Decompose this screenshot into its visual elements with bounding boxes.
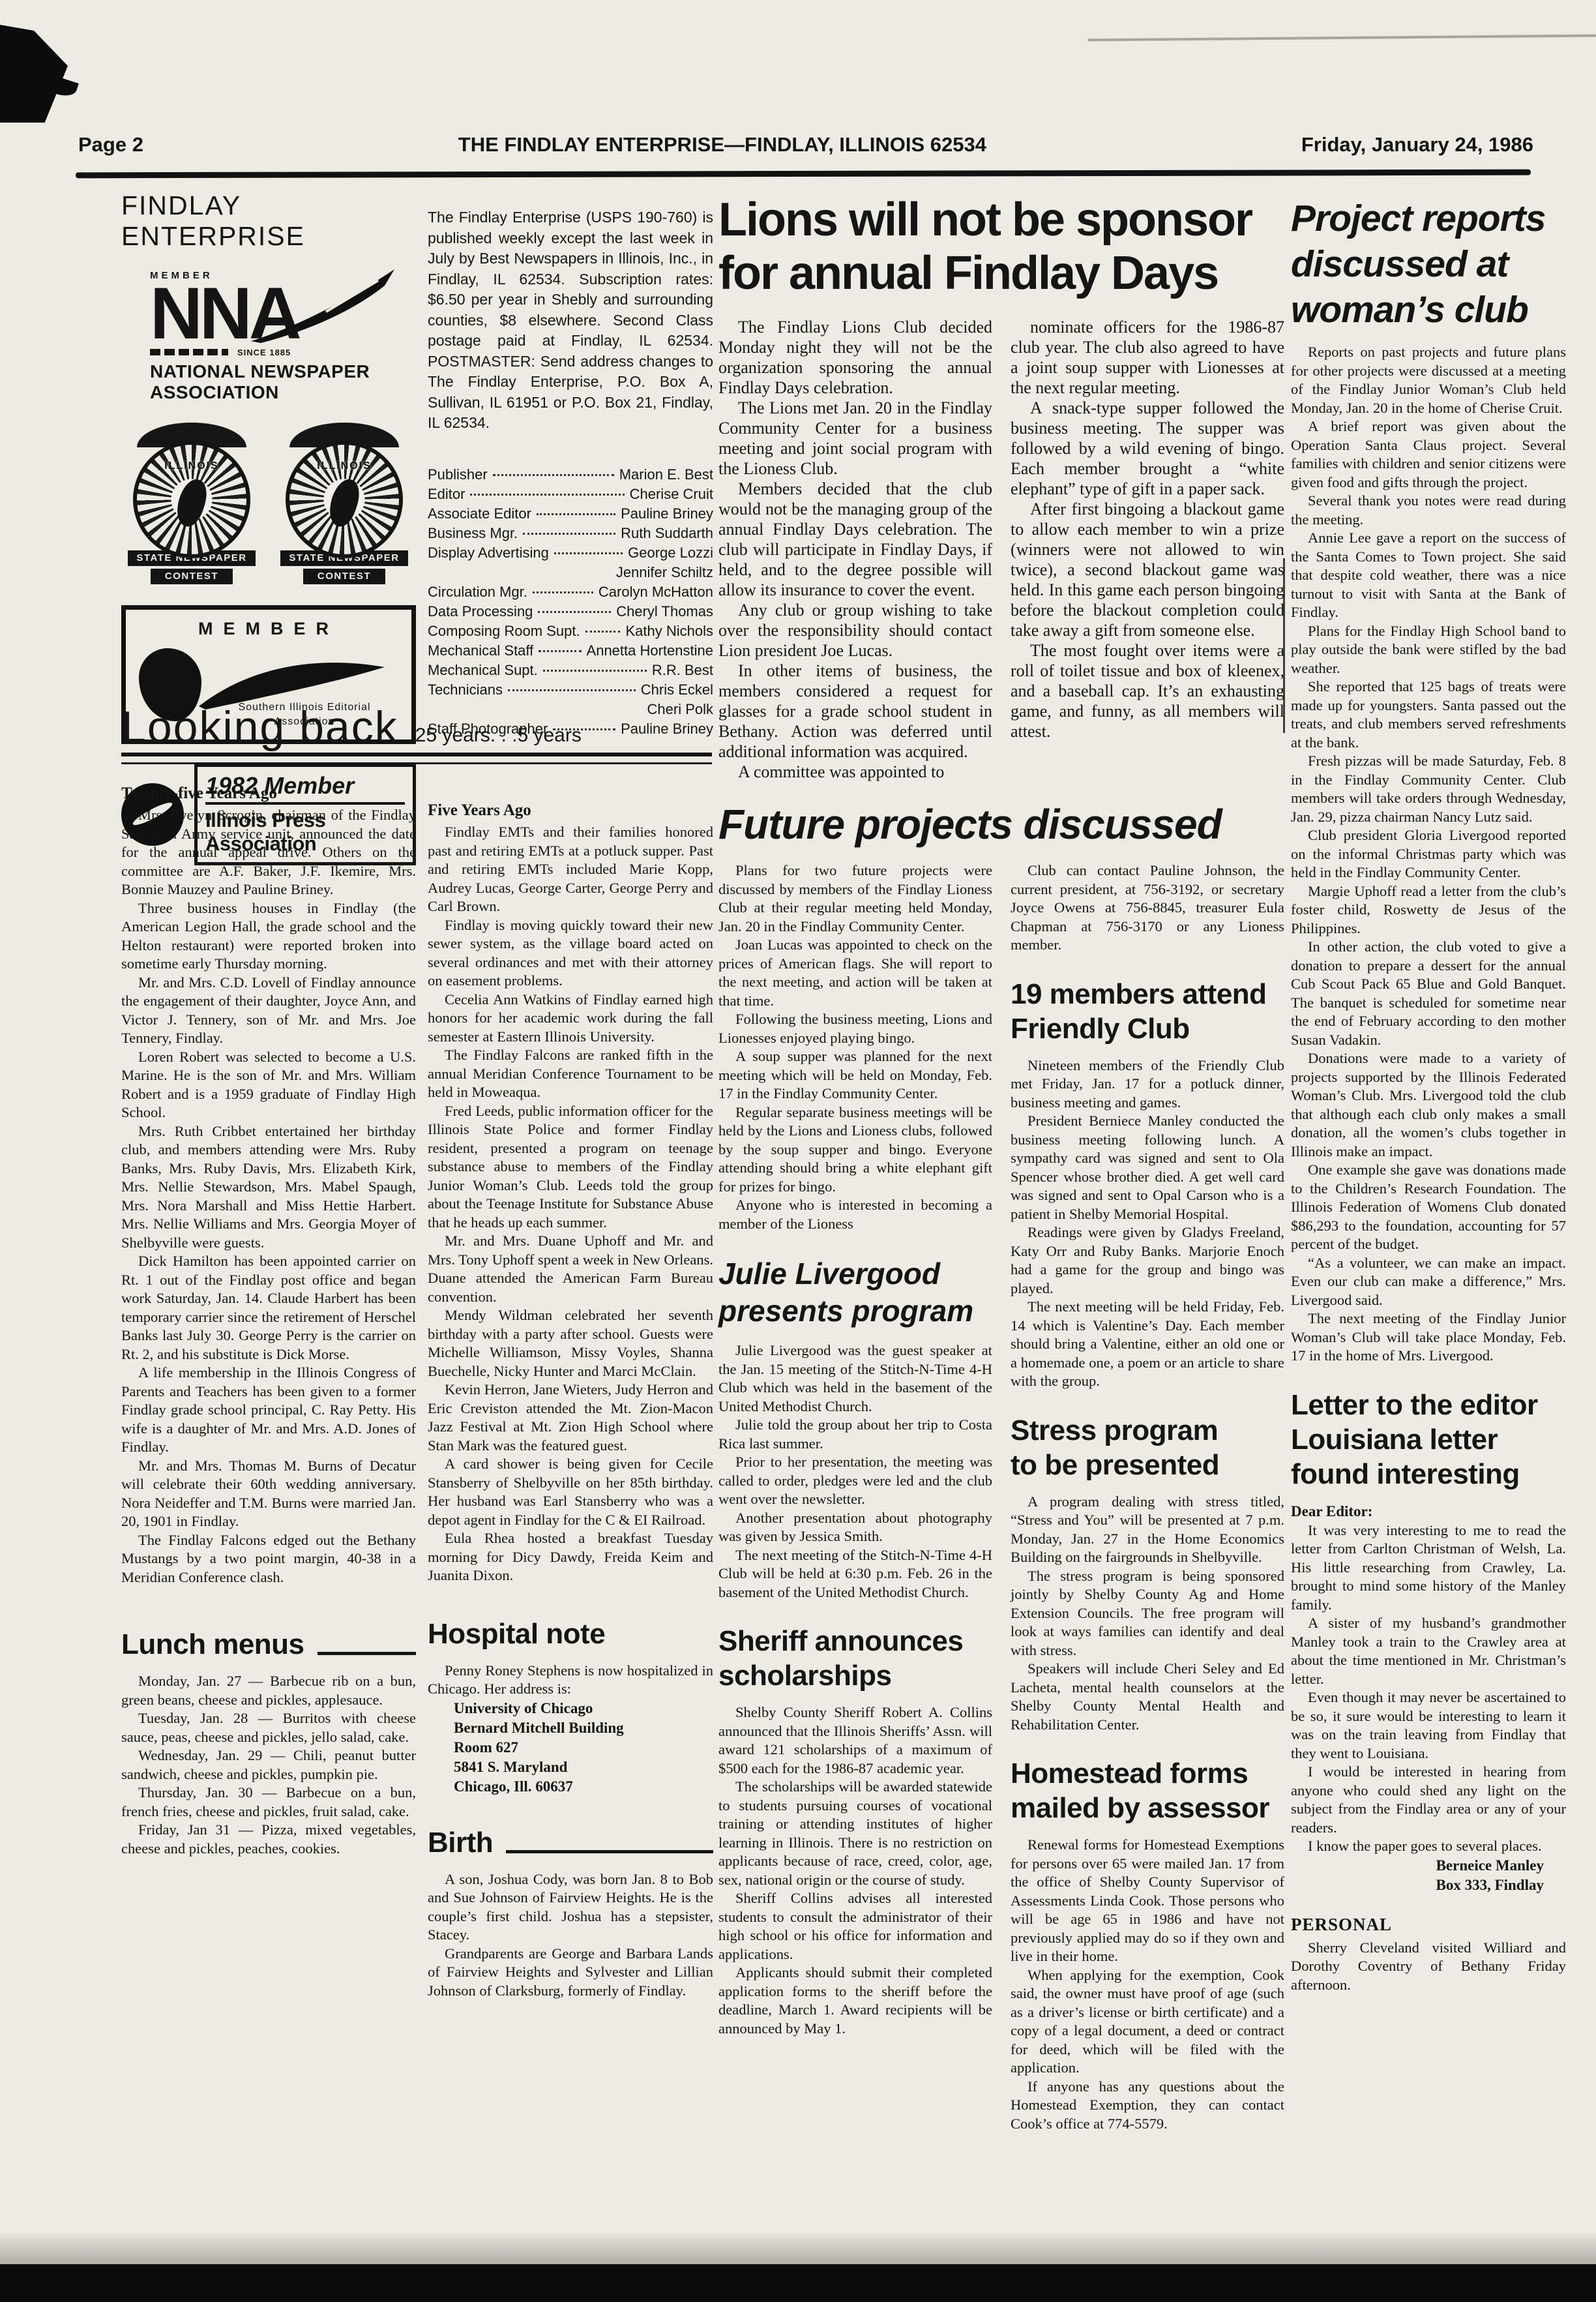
nna-bars-decoration xyxy=(150,349,228,355)
staff-name: Ruth Suddarth xyxy=(621,524,713,543)
homestead-article: Renewal forms for Homestead Exemptions f… xyxy=(1011,1836,1284,2133)
center-articles: Lions will not be sponsor for annual Fin… xyxy=(718,193,1284,2133)
paragraph: Thursday, Jan. 30 — Barbecue on a bun, f… xyxy=(121,1784,416,1821)
paragraph: Julie Livergood was the guest speaker at… xyxy=(718,1341,992,1416)
birth-article: A son, Joshua Cody, was born Jan. 8 to B… xyxy=(428,1870,713,2001)
stress-headline: Stress program to be presented xyxy=(1011,1413,1284,1482)
paragraph: A program dealing with stress titled, “S… xyxy=(1011,1493,1284,1567)
paragraph: The scholarships will be awarded statewi… xyxy=(718,1778,992,1889)
future-projects-column-2: Club can contact Pauline Johnson, the cu… xyxy=(1011,861,1284,955)
paragraph: Renewal forms for Homestead Exemptions f… xyxy=(1011,1836,1284,1966)
dot-leader xyxy=(493,474,614,476)
lions-column-2: nominate officers for the 1986-87 club y… xyxy=(1011,317,1284,782)
paragraph: A sister of my husband’s grandmother Man… xyxy=(1291,1614,1566,1688)
paragraph: Dick Hamilton has been appointed carrier… xyxy=(121,1252,416,1364)
member-box-title: MEMBER xyxy=(136,619,401,639)
staff-role: Mechanical Supt. xyxy=(428,661,538,680)
paragraph: Three business houses in Findlay (the Am… xyxy=(121,899,416,974)
paragraph: Sherry Cleveland visited Williard and Do… xyxy=(1291,1939,1566,1995)
paragraph: Julie told the group about her trip to C… xyxy=(718,1416,992,1453)
paragraph: Fresh pizzas will be made Saturday, Feb.… xyxy=(1291,752,1566,826)
badge-ribbon-contest: CONTEST xyxy=(151,569,233,584)
staff-role: Circulation Mgr. xyxy=(428,582,527,602)
staff-role: Editor xyxy=(428,485,465,504)
paragraph: Any club or group wishing to take over t… xyxy=(718,600,992,661)
paragraph: It was very interesting to me to read th… xyxy=(1291,1521,1566,1615)
looking-back-subtitle: 25 years. . .5 years xyxy=(415,721,582,750)
paragraph: Donations were made to a variety of proj… xyxy=(1291,1049,1566,1161)
paragraph: A brief report was given about the Opera… xyxy=(1291,417,1566,492)
hospital-note-intro: Penny Roney Stephens is now hospitalized… xyxy=(428,1662,713,1699)
staff-role: Data Processing xyxy=(428,602,533,621)
dot-leader xyxy=(585,631,621,633)
paragraph: Mrs. Ruth Cribbet entertained her birthd… xyxy=(121,1122,416,1253)
badge-seal: ILLINOIS xyxy=(133,441,250,558)
scan-line-artifact xyxy=(1087,35,1596,42)
contest-badge: ILLINOIS STATE NEWSPAPER CONTEST xyxy=(125,423,258,584)
contest-badge: ILLINOIS STATE NEWSPAPER CONTEST xyxy=(278,423,411,584)
womans-club-article: Reports on past projects and future plan… xyxy=(1291,343,1566,1366)
publication-info-column: The Findlay Enterprise (USPS 190-760) is… xyxy=(428,207,713,739)
scan-bottom-black xyxy=(0,2264,1596,2302)
paragraph: I would be interested in hearing from an… xyxy=(1291,1763,1566,1837)
paragraph: I know the paper goes to several places. xyxy=(1291,1837,1566,1856)
future-projects-headline: Future projects discussed xyxy=(718,801,1284,847)
feather-icon xyxy=(248,266,398,344)
looking-back-column-2: Five Years Ago Findlay EMTs and their fa… xyxy=(428,801,713,2000)
paragraph: The most fought over items were a roll o… xyxy=(1011,640,1284,741)
paragraph: Members decided that the club would not … xyxy=(718,479,992,600)
paragraph: The next meeting will be held Friday, Fe… xyxy=(1011,1298,1284,1391)
dot-leader xyxy=(554,552,623,554)
paragraph: Anyone who is interested in becoming a m… xyxy=(718,1196,992,1233)
letter-kicker: Letter to the editor xyxy=(1291,1388,1566,1422)
scan-corner-artifact xyxy=(0,25,68,123)
contest-badges: ILLINOIS STATE NEWSPAPER CONTEST ILLINOI… xyxy=(125,423,416,584)
paragraph: Chicago, Ill. 60637 xyxy=(454,1777,713,1797)
paragraph: Reports on past projects and future plan… xyxy=(1291,343,1566,417)
staff-role: Display Advertising xyxy=(428,543,549,563)
homestead-headline: Homestead forms mailed by assessor xyxy=(1011,1756,1284,1825)
paragraph: Readings were given by Gladys Freeland, … xyxy=(1011,1223,1284,1298)
nna-since: SINCE 1885 xyxy=(237,348,291,357)
badge-seal: ILLINOIS xyxy=(286,441,403,558)
badge-ribbon-contest: CONTEST xyxy=(303,569,385,584)
personal-article: Sherry Cleveland visited Williard and Do… xyxy=(1291,1939,1566,1995)
staff-role: Business Mgr. xyxy=(428,524,518,543)
paragraph: If anyone has any questions about the Ho… xyxy=(1011,2078,1284,2134)
twenty-five-years-items: Mrs. Evelyn Scrogin, chairman of the Fin… xyxy=(121,806,416,1587)
paragraph: The stress program is being sponsored jo… xyxy=(1011,1567,1284,1660)
staff-row: Data ProcessingCheryl Thomas xyxy=(428,602,713,621)
staff-name: Pauline Briney xyxy=(621,504,713,524)
paragraph: Findlay is moving quickly toward their n… xyxy=(428,916,713,991)
page-header: Page 2 THE FINDLAY ENTERPRISE—FINDLAY, I… xyxy=(78,133,1533,157)
nna-since-row: SINCE 1885 xyxy=(150,348,398,357)
paragraph: The next meeting of the Stitch-N-Time 4-… xyxy=(718,1546,992,1602)
looking-back-column-1: Twenty-five Years Ago Mrs. Evelyn Scrogi… xyxy=(121,784,416,1858)
center-right-subcolumn: Club can contact Pauline Johnson, the cu… xyxy=(1011,861,1284,2133)
paragraph: A life membership in the Illinois Congre… xyxy=(121,1364,416,1457)
paragraph: Margie Uphoff read a letter from the clu… xyxy=(1291,882,1566,938)
paragraph: Following the business meeting, Lions an… xyxy=(718,1010,992,1047)
right-column: Project reports discussed at woman’s clu… xyxy=(1291,196,1566,1994)
paragraph: Findlay EMTs and their families honored … xyxy=(428,823,713,916)
paragraph: Room 627 xyxy=(454,1738,713,1757)
paragraph: nominate officers for the 1986-87 club y… xyxy=(1011,317,1284,398)
paragraph: Prior to her presentation, the meeting w… xyxy=(718,1453,992,1509)
staff-role: Composing Room Supt. xyxy=(428,621,580,641)
paragraph: Fred Leeds, public information officer f… xyxy=(428,1102,713,1233)
lunch-menus-list: Monday, Jan. 27 — Barbecue rib on a bun,… xyxy=(121,1672,416,1858)
hospital-note-intro-wrap: Penny Roney Stephens is now hospitalized… xyxy=(428,1662,713,1699)
staff-name: Carolyn McHatton xyxy=(598,582,713,602)
five-years-heading: Five Years Ago xyxy=(428,801,713,820)
birth-label: Birth xyxy=(428,1825,493,1860)
paragraph: A committee was appointed to xyxy=(718,762,992,782)
paragraph: Bernard Mitchell Building xyxy=(454,1718,713,1738)
stress-article: A program dealing with stress titled, “S… xyxy=(1011,1493,1284,1735)
dot-leader xyxy=(508,689,636,691)
staff-row: EditorCherise Cruit xyxy=(428,485,713,504)
staff-row: Business Mgr.Ruth Suddarth xyxy=(428,524,713,543)
letter-signature-address: Box 333, Findlay xyxy=(1291,1876,1566,1895)
masthead-title: FINDLAY ENTERPRISE xyxy=(121,190,416,252)
heading-rule xyxy=(506,1850,713,1853)
julie-headline: Julie Livergood presents program xyxy=(718,1255,992,1330)
staff-role: Publisher xyxy=(428,465,488,485)
paragraph: Mr. and Mrs. C.D. Lovell of Findlay anno… xyxy=(121,974,416,1048)
paragraph: Applicants should submit their completed… xyxy=(718,1964,992,2038)
dot-leader xyxy=(470,494,624,496)
paragraph: Mrs. Evelyn Scrogin, chairman of the Fin… xyxy=(121,806,416,899)
letter-signature-name: Berneice Manley xyxy=(1291,1856,1566,1876)
staff-name: Jennifer Schiltz xyxy=(616,563,713,582)
paragraph: Several thank you notes were read during… xyxy=(1291,492,1566,529)
staff-name: Chris Eckel xyxy=(641,680,713,700)
paragraph: Cecelia Ann Watkins of Findlay earned hi… xyxy=(428,991,713,1047)
personal-heading: PERSONAL xyxy=(1291,1915,1566,1935)
paragraph: Club can contact Pauline Johnson, the cu… xyxy=(1011,861,1284,955)
header-rule xyxy=(76,170,1531,179)
staff-name: Kathy Nichols xyxy=(625,621,713,641)
womans-club-headline: Project reports discussed at woman’s clu… xyxy=(1291,196,1566,333)
dot-leader xyxy=(543,670,647,672)
five-years-items: Findlay EMTs and their families honored … xyxy=(428,823,713,1585)
staff-list: PublisherMarion E. BestEditorCherise Cru… xyxy=(428,465,713,739)
paragraph: Club president Gloria Livergood reported… xyxy=(1291,826,1566,882)
hospital-address: University of ChicagoBernard Mitchell Bu… xyxy=(454,1699,713,1797)
scan-bottom-gray xyxy=(0,2233,1596,2265)
newspaper-page: Page 2 THE FINDLAY ENTERPRISE—FINDLAY, I… xyxy=(0,0,1596,2302)
paragraph: The next meeting of the Findlay Junior W… xyxy=(1291,1309,1566,1366)
dot-leader xyxy=(539,650,581,652)
paragraph: After first bingoing a blackout game to … xyxy=(1011,499,1284,640)
staff-row: TechniciansChris Eckel xyxy=(428,680,713,700)
page-number: Page 2 xyxy=(78,133,143,157)
lunch-menus-heading: Lunch menus xyxy=(121,1627,416,1662)
nna-logo: MEMBER NNA SINCE 1885 NATIONAL NEWSPAPER… xyxy=(150,270,398,403)
paragraph: Grandparents are George and Barbara Land… xyxy=(428,1945,713,2001)
center-left-subcolumn: Plans for two future projects were discu… xyxy=(718,861,992,2133)
letter-headline: Louisiana letter found interesting xyxy=(1291,1422,1566,1491)
paragraph: One example she gave was donations made … xyxy=(1291,1161,1566,1254)
paragraph: Even though it may never be ascertained … xyxy=(1291,1688,1566,1763)
julie-article: Julie Livergood was the guest speaker at… xyxy=(718,1341,992,1602)
staff-row: Associate EditorPauline Briney xyxy=(428,504,713,524)
paragraph: The Findlay Falcons edged out the Bethan… xyxy=(121,1531,416,1587)
looking-back-banner: Looking back 25 years. . .5 years xyxy=(121,704,712,764)
staff-row: Mechanical Supt.R.R. Best xyxy=(428,661,713,680)
staff-row: Circulation Mgr.Carolyn McHatton xyxy=(428,582,713,602)
letter-salutation: Dear Editor: xyxy=(1291,1502,1566,1521)
staff-name: R.R. Best xyxy=(652,661,713,680)
paragraph: Wednesday, Jan. 29 — Chili, peanut butte… xyxy=(121,1746,416,1784)
staff-name: Marion E. Best xyxy=(619,465,713,485)
lions-article: The Findlay Lions Club decided Monday ni… xyxy=(718,317,1284,782)
paragraph: Plans for two future projects were discu… xyxy=(718,861,992,936)
paragraph: “As a volunteer, we can make an impact. … xyxy=(1291,1254,1566,1310)
paragraph: The Findlay Falcons are ranked fifth in … xyxy=(428,1046,713,1102)
eagle-icon xyxy=(172,476,212,530)
paragraph: A soup supper was planned for the next m… xyxy=(718,1047,992,1103)
paragraph: Tuesday, Jan. 28 — Burritos with cheese … xyxy=(121,1709,416,1746)
badge-illinois-label: ILLINOIS xyxy=(137,460,246,472)
heading-rule xyxy=(318,1652,416,1655)
paragraph: Shelby County Sheriff Robert A. Collins … xyxy=(718,1703,992,1778)
lions-column-1: The Findlay Lions Club decided Monday ni… xyxy=(718,317,992,782)
header-date: Friday, January 24, 1986 xyxy=(1301,133,1533,157)
paragraph: Kevin Herron, Jane Wieters, Judy Herron … xyxy=(428,1381,713,1455)
paragraph: In other items of business, the members … xyxy=(718,661,992,762)
paragraph: Mr. and Mrs. Duane Uphoff and Mr. and Mr… xyxy=(428,1232,713,1306)
dot-leader xyxy=(538,611,611,613)
eagle-icon xyxy=(325,476,364,530)
lions-headline: Lions will not be sponsor for annual Fin… xyxy=(718,193,1284,300)
staff-row: Display AdvertisingGeorge Lozzi xyxy=(428,543,713,563)
looking-back-title: Looking back xyxy=(121,704,398,750)
staff-row: PublisherMarion E. Best xyxy=(428,465,713,485)
paragraph: Sheriff Collins advises all interested s… xyxy=(718,1889,992,1964)
paragraph: In other action, the club voted to give … xyxy=(1291,938,1566,1049)
staff-name: Cheryl Thomas xyxy=(616,602,713,621)
paragraph: A snack-type supper followed the busines… xyxy=(1011,398,1284,499)
birth-heading: Birth xyxy=(428,1825,713,1860)
staff-role: Associate Editor xyxy=(428,504,531,524)
dot-leader xyxy=(533,591,593,593)
paragraph: Eula Rhea hosted a breakfast Tuesday mor… xyxy=(428,1529,713,1585)
paragraph: The Findlay Lions Club decided Monday ni… xyxy=(718,317,992,398)
sheriff-headline: Sheriff announces scholarships xyxy=(718,1624,992,1693)
friendly-club-article: Nineteen members of the Friendly Club me… xyxy=(1011,1056,1284,1391)
paragraph: The Lions met Jan. 20 in the Findlay Com… xyxy=(718,398,992,479)
staff-row: Jennifer Schiltz xyxy=(428,563,713,582)
paragraph: A son, Joshua Cody, was born Jan. 8 to B… xyxy=(428,1870,713,1945)
paragraph: Joan Lucas was appointed to check on the… xyxy=(718,936,992,1010)
dot-leader xyxy=(523,533,615,535)
twenty-five-years-heading: Twenty-five Years Ago xyxy=(121,784,416,803)
sheriff-article: Shelby County Sheriff Robert A. Collins … xyxy=(718,1703,992,2038)
paragraph: Another presentation about photography w… xyxy=(718,1509,992,1546)
paragraph: Speakers will include Cheri Seley and Ed… xyxy=(1011,1660,1284,1734)
paragraph: A card shower is being given for Cecile … xyxy=(428,1455,713,1529)
staff-row: Mechanical StaffAnnetta Hortenstine xyxy=(428,641,713,661)
paragraph: She reported that 125 bags of treats wer… xyxy=(1291,678,1566,752)
letter-body: It was very interesting to me to read th… xyxy=(1291,1521,1566,1856)
lunch-menus-label: Lunch menus xyxy=(121,1627,304,1662)
staff-name: George Lozzi xyxy=(628,543,713,563)
paragraph: Nineteen members of the Friendly Club me… xyxy=(1011,1056,1284,1113)
nna-name: NATIONAL NEWSPAPER ASSOCIATION xyxy=(150,361,398,403)
badge-illinois-label: ILLINOIS xyxy=(289,460,399,472)
paragraph: 5841 S. Maryland xyxy=(454,1757,713,1777)
paragraph: President Berniece Manley conducted the … xyxy=(1011,1112,1284,1223)
future-projects-column-1: Plans for two future projects were discu… xyxy=(718,861,992,1233)
paragraph: Regular separate business meetings will … xyxy=(718,1103,992,1197)
header-masthead: THE FINDLAY ENTERPRISE—FINDLAY, ILLINOIS… xyxy=(458,133,986,157)
paragraph: Monday, Jan. 27 — Barbecue rib on a bun,… xyxy=(121,1672,416,1709)
dot-leader xyxy=(537,513,615,515)
staff-name: Cherise Cruit xyxy=(630,485,713,504)
paragraph: Loren Robert was selected to become a U.… xyxy=(121,1048,416,1122)
paragraph: University of Chicago xyxy=(454,1699,713,1718)
paragraph: Friday, Jan 31 — Pizza, mixed vegetables… xyxy=(121,1821,416,1858)
paragraph: Plans for the Findlay High School band t… xyxy=(1291,622,1566,678)
paragraph: Annie Lee gave a report on the success o… xyxy=(1291,529,1566,622)
looking-back-rule xyxy=(121,753,712,764)
staff-role: Technicians xyxy=(428,680,503,700)
friendly-club-headline: 19 members attend Friendly Club xyxy=(1011,977,1284,1046)
staff-row: Composing Room Supt.Kathy Nichols xyxy=(428,621,713,641)
hospital-note-heading: Hospital note xyxy=(428,1617,713,1651)
paragraph: Mr. and Mrs. Thomas M. Burns of Decatur … xyxy=(121,1457,416,1531)
paragraph: Mendy Wildman celebrated her seventh bir… xyxy=(428,1306,713,1381)
staff-name: Annetta Hortenstine xyxy=(587,641,713,661)
publication-statement: The Findlay Enterprise (USPS 190-760) is… xyxy=(428,207,713,434)
staff-role: Mechanical Staff xyxy=(428,641,533,661)
paragraph: When applying for the exemption, Cook sa… xyxy=(1011,1966,1284,2078)
